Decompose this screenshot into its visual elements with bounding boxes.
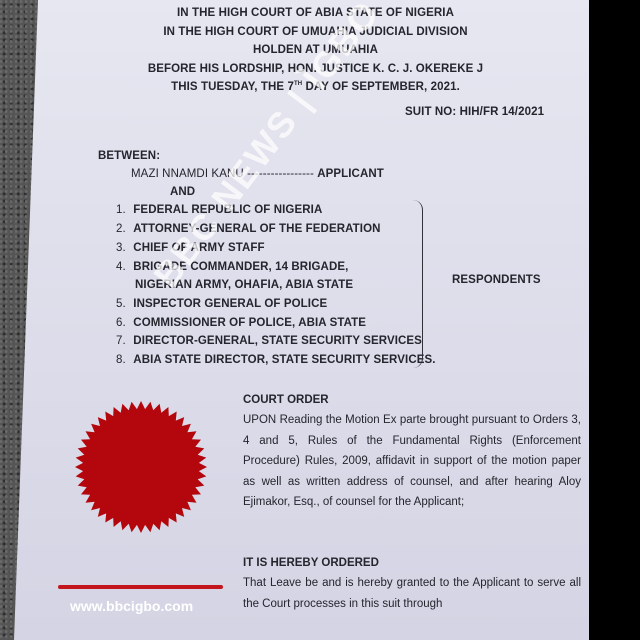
court-order-heading: COURT ORDER (243, 390, 581, 410)
respondent-3: 3. CHIEF OF ARMY STAFF (116, 242, 265, 254)
red-divider-line (58, 585, 223, 589)
respondent-name: ATTORNEY-GENERAL OF THE FEDERATION (133, 223, 380, 235)
applicant-name: MAZI NNAMDI KANU (131, 168, 244, 180)
respondent-number: 1. (116, 204, 130, 216)
applicant-dashes: ----------------- (247, 168, 314, 180)
and-label: AND (170, 186, 195, 198)
respondent-number: 5. (116, 298, 130, 310)
respondent-2: 2. ATTORNEY-GENERAL OF THE FEDERATION (116, 223, 381, 235)
respondent-name: COMMISSIONER OF POLICE, ABIA STATE (133, 317, 366, 329)
respondent-number: 4. (116, 261, 130, 273)
applicant-row: MAZI NNAMDI KANU ----------------- APPLI… (131, 168, 384, 180)
court-order-body: UPON Reading the Motion Ex parte brought… (243, 410, 581, 512)
website-link[interactable]: www.bbcigbo.com (70, 598, 193, 614)
respondent-name: BRIGADE COMMANDER, 14 BRIGADE, (133, 261, 348, 273)
between-label: BETWEEN: (98, 150, 160, 162)
respondent-8: 8. ABIA STATE DIRECTOR, STATE SECURITY S… (116, 354, 436, 366)
respondent-name: FEDERAL REPUBLIC OF NIGERIA (133, 204, 322, 216)
respondent-number: 3. (116, 242, 130, 254)
respondents-label: RESPONDENTS (452, 274, 541, 286)
date-prefix: THIS TUESDAY, THE 7 (171, 81, 294, 93)
ordered-heading: IT IS HEREBY ORDERED (243, 553, 581, 573)
respondent-number: 8. (116, 354, 130, 366)
respondent-name: CHIEF OF ARMY STAFF (133, 242, 264, 254)
respondent-name: INSPECTOR GENERAL OF POLICE (133, 298, 327, 310)
red-seal-icon (72, 398, 210, 536)
judge-line: BEFORE HIS LORDSHIP, HON. JUSTICE K. C. … (0, 63, 589, 75)
respondent-4-continuation: NIGERIAN ARMY, OHAFIA, ABIA STATE (135, 279, 353, 291)
date-line: THIS TUESDAY, THE 7TH DAY OF SEPTEMBER, … (0, 81, 589, 93)
respondent-6: 6. COMMISSIONER OF POLICE, ABIA STATE (116, 317, 366, 329)
respondent-name: ABIA STATE DIRECTOR, STATE SECURITY SERV… (133, 354, 435, 366)
date-ordinal: TH (294, 81, 302, 87)
respondent-7: 7. DIRECTOR-GENERAL, STATE SECURITY SERV… (116, 335, 422, 347)
court-order-section: COURT ORDER UPON Reading the Motion Ex p… (243, 390, 581, 512)
court-title-line-1: IN THE HIGH COURT OF ABIA STATE OF NIGER… (0, 7, 589, 19)
respondent-4: 4. BRIGADE COMMANDER, 14 BRIGADE, (116, 261, 348, 273)
court-title-line-2: IN THE HIGH COURT OF UMUAHIA JUDICIAL DI… (0, 26, 589, 38)
respondent-number: 6. (116, 317, 130, 329)
ordered-section: IT IS HEREBY ORDERED That Leave be and i… (243, 553, 581, 614)
date-suffix: DAY OF SEPTEMBER, 2021. (302, 81, 460, 93)
respondent-name: DIRECTOR-GENERAL, STATE SECURITY SERVICE… (133, 335, 422, 347)
ordered-body: That Leave be and is hereby granted to t… (243, 573, 581, 614)
respondent-number: 7. (116, 335, 130, 347)
respondent-5: 5. INSPECTOR GENERAL OF POLICE (116, 298, 327, 310)
respondent-number: 2. (116, 223, 130, 235)
court-location: HOLDEN AT UMUAHIA (0, 44, 589, 56)
applicant-label: APPLICANT (317, 168, 384, 180)
suit-number: SUIT NO: HIH/FR 14/2021 (405, 106, 544, 118)
black-border (589, 0, 640, 640)
respondent-1: 1. FEDERAL REPUBLIC OF NIGERIA (116, 204, 322, 216)
respondents-bracket (410, 200, 423, 368)
